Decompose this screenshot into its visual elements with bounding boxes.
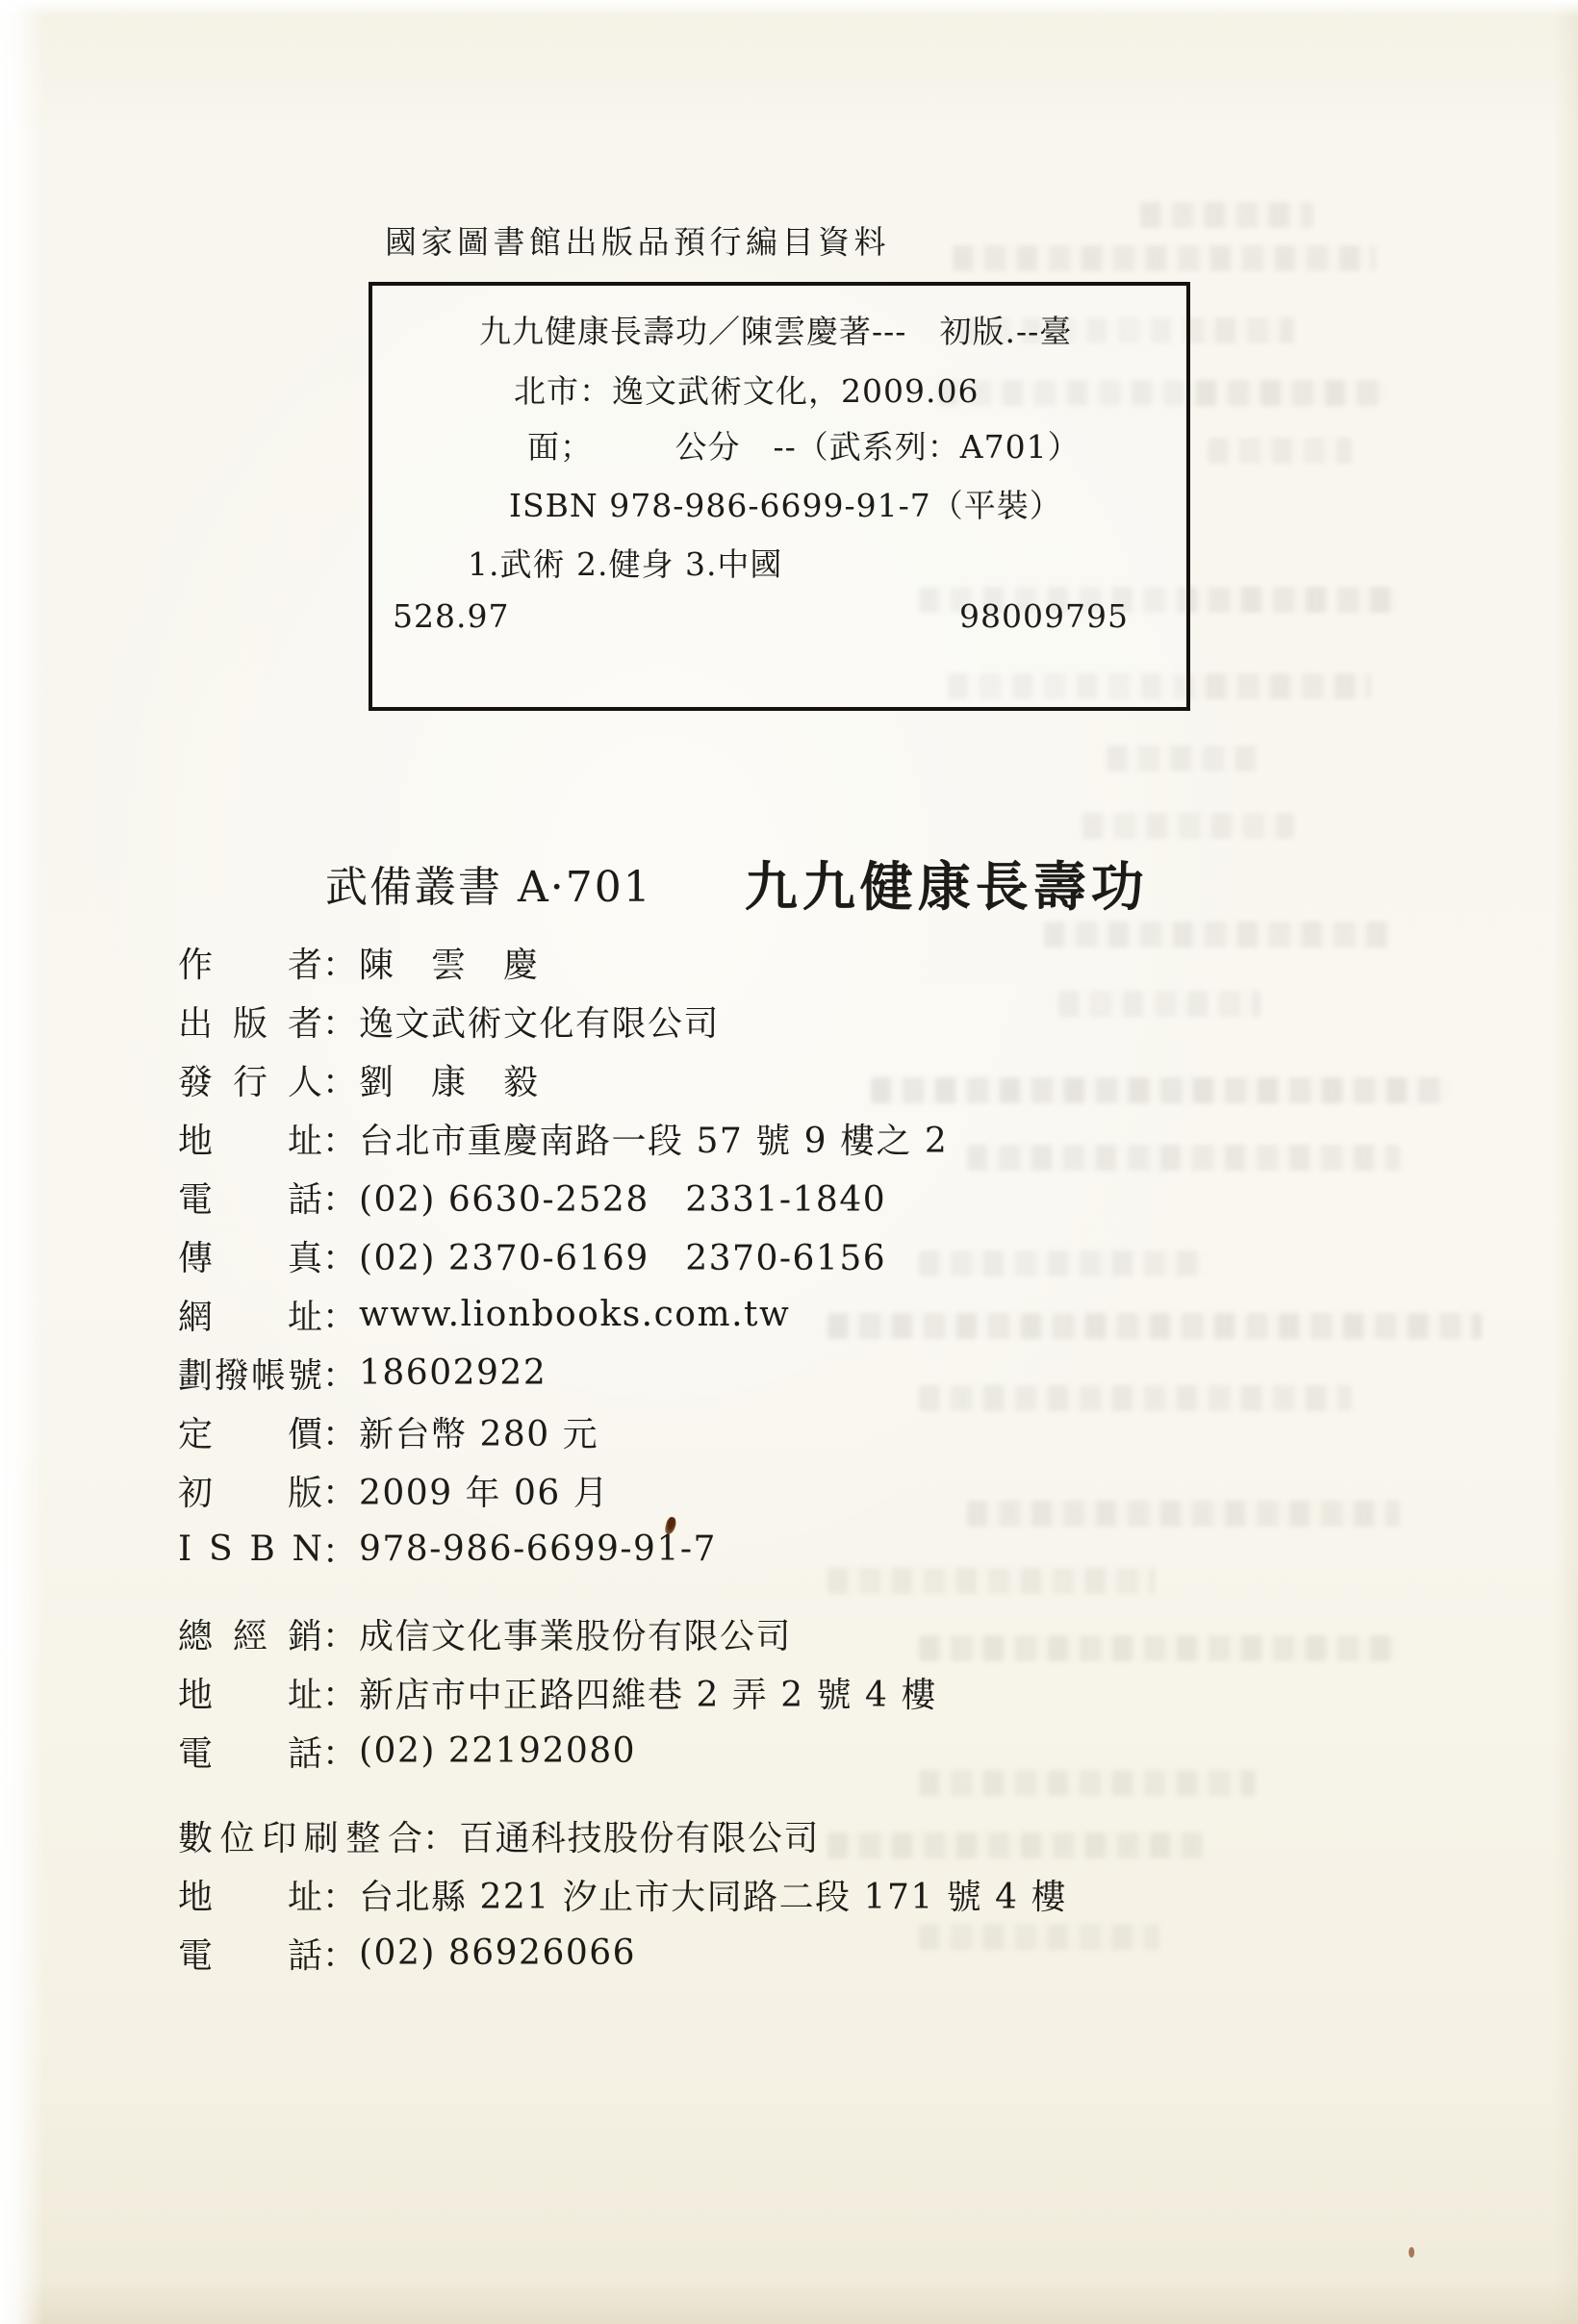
- row-colon: ：: [322, 938, 359, 987]
- row-value: 978-986-6699-91-7: [359, 1529, 717, 1569]
- row-label: 電 話: [178, 1929, 322, 1978]
- row-colon: ：: [322, 1290, 359, 1339]
- cip-header: 國家圖書館出版品預行編目資料: [385, 217, 890, 263]
- row-colon: ：: [322, 1870, 359, 1919]
- row-value: 新台幣 280 元: [359, 1407, 598, 1456]
- row-label: 初 版: [178, 1466, 322, 1515]
- row-colon: ：: [322, 1114, 359, 1163]
- row-label: 發 行 人: [178, 1055, 322, 1104]
- row-colon: ：: [322, 1609, 359, 1658]
- row-value: 百通科技股份有限公司: [459, 1811, 820, 1860]
- publication-details: 作 者：陳 雲 慶 出 版 者：逸文武術文化有限公司 發 行 人：劉 康 毅 地…: [178, 933, 1067, 1983]
- scan-edge-left: [0, 0, 44, 2324]
- scan-edge-top: [0, 0, 1578, 17]
- series-title: 武備叢書 A·701: [325, 852, 652, 914]
- row-colon: ：: [422, 1811, 459, 1860]
- row-label: 網 址: [178, 1290, 322, 1339]
- cip-class-number: 528.97: [393, 597, 509, 635]
- row-value: www.lionbooks.com.tw: [359, 1295, 790, 1334]
- row-value: (02) 6630-2528 2331-1840: [359, 1173, 886, 1222]
- cip-subjects-line: 1.武術 2.健身 3.中國: [468, 540, 782, 585]
- row-value: (02) 22192080: [359, 1731, 636, 1771]
- colophon-row: 初 版：2009 年 06 月: [178, 1461, 1067, 1520]
- row-value: 台北縣 221 汐止市大同路二段 171 號 4 樓: [359, 1870, 1067, 1919]
- colophon-row: 作 者：陳 雲 慶: [178, 933, 1067, 992]
- book-title-row: 武備叢書 A·701 九九健康長壽功: [325, 845, 1149, 921]
- colophon-row: 總 經 銷：成信文化事業股份有限公司: [178, 1604, 1067, 1663]
- bleed-through-mark: [1208, 438, 1352, 464]
- colophon-row: 電 話：(02) 22192080: [178, 1722, 1067, 1781]
- row-label: 數位印刷整合: [178, 1811, 422, 1860]
- row-colon: ：: [322, 1929, 359, 1978]
- row-label: 地 址: [178, 1870, 322, 1919]
- colophon-row: 傳 真：(02) 2370-6169 2370-6156: [178, 1226, 1067, 1285]
- colophon-row: 發 行 人：劉 康 毅: [178, 1050, 1067, 1109]
- row-label: 地 址: [178, 1114, 322, 1163]
- cip-publisher-line: 北市：逸文武術文化，2009.06: [514, 366, 979, 412]
- cip-isbn-line: ISBN 978-986-6699-91-7（平裝）: [509, 481, 1062, 526]
- colophon-row: 劃撥帳號：18602922: [178, 1344, 1067, 1402]
- row-label: 傳 真: [178, 1231, 322, 1280]
- row-label: 出 版 者: [178, 997, 322, 1046]
- row-label: 電 話: [178, 1173, 322, 1222]
- row-colon: ：: [322, 1173, 359, 1222]
- row-colon: ：: [322, 1349, 359, 1398]
- colophon-row: 網 址：www.lionbooks.com.tw: [178, 1285, 1067, 1344]
- row-value: (02) 86926066: [359, 1933, 636, 1973]
- row-label: 總 經 銷: [178, 1609, 322, 1658]
- colophon-row: 電 話：(02) 6630-2528 2331-1840: [178, 1168, 1067, 1226]
- row-label: 劃撥帳號: [178, 1349, 322, 1398]
- row-label: 定 價: [178, 1407, 322, 1456]
- cip-title-line: 九九健康長壽功／陳雲慶著--- 初版.--臺: [479, 307, 1072, 352]
- row-value: 陳 雲 慶: [359, 938, 540, 987]
- colophon-row: 出 版 者：逸文武術文化有限公司: [178, 992, 1067, 1050]
- row-label: 電 話: [178, 1727, 322, 1776]
- cip-format-line: 面； 公分 --（武系列：A701）: [527, 422, 1081, 467]
- colophon-row: 地 址：台北市重慶南路一段 57 號 9 樓之 2: [178, 1109, 1067, 1168]
- bleed-through-mark: [1058, 991, 1260, 1017]
- row-value: 成信文化事業股份有限公司: [359, 1609, 792, 1658]
- row-label: 地 址: [178, 1668, 322, 1717]
- paper-speck: [1409, 2247, 1414, 2258]
- colophon-page: 國家圖書館出版品預行編目資料 九九健康長壽功／陳雲慶著--- 初版.--臺 北市…: [0, 0, 1578, 2324]
- row-label: I S B N: [178, 1529, 322, 1569]
- row-colon: ：: [322, 1668, 359, 1717]
- row-value: 新店市中正路四維巷 2 弄 2 號 4 樓: [359, 1668, 937, 1717]
- row-value: 劉 康 毅: [359, 1055, 540, 1104]
- colophon-row: 數位印刷整合：百通科技股份有限公司: [178, 1806, 1067, 1865]
- row-colon: ：: [322, 997, 359, 1046]
- row-value: 逸文武術文化有限公司: [359, 997, 720, 1046]
- bleed-through-mark: [1107, 745, 1260, 771]
- row-colon: ：: [322, 1727, 359, 1776]
- bleed-through-mark: [1140, 202, 1313, 228]
- row-value: (02) 2370-6169 2370-6156: [359, 1231, 886, 1280]
- book-title: 九九健康長壽功: [745, 845, 1149, 921]
- colophon-row: 地 址：新店市中正路四維巷 2 弄 2 號 4 樓: [178, 1663, 1067, 1722]
- colophon-row: 電 話：(02) 86926066: [178, 1924, 1067, 1983]
- bleed-through-mark: [1044, 922, 1390, 947]
- row-colon: ：: [322, 1407, 359, 1456]
- colophon-row: I S B N：978-986-6699-91-7: [178, 1520, 1067, 1579]
- cip-box: 九九健康長壽功／陳雲慶著--- 初版.--臺 北市：逸文武術文化，2009.06…: [369, 282, 1190, 711]
- colophon-row: 定 價：新台幣 280 元: [178, 1402, 1067, 1461]
- row-label: 作 者: [178, 938, 322, 987]
- row-value: 18602922: [359, 1353, 547, 1393]
- row-colon: ：: [322, 1055, 359, 1104]
- cip-record-number: 98009795: [959, 597, 1129, 635]
- colophon-row: 地 址：台北縣 221 汐止市大同路二段 171 號 4 樓: [178, 1865, 1067, 1924]
- bleed-through-mark: [953, 245, 1376, 271]
- scan-edge-right: [1553, 0, 1578, 2324]
- row-colon: ：: [322, 1525, 359, 1574]
- row-value: 2009 年 06 月: [359, 1466, 609, 1515]
- row-colon: ：: [322, 1231, 359, 1280]
- row-colon: ：: [322, 1466, 359, 1515]
- row-value: 台北市重慶南路一段 57 號 9 樓之 2: [359, 1114, 948, 1163]
- bleed-through-mark: [1082, 813, 1294, 839]
- scan-edge-bottom: [0, 2280, 1578, 2324]
